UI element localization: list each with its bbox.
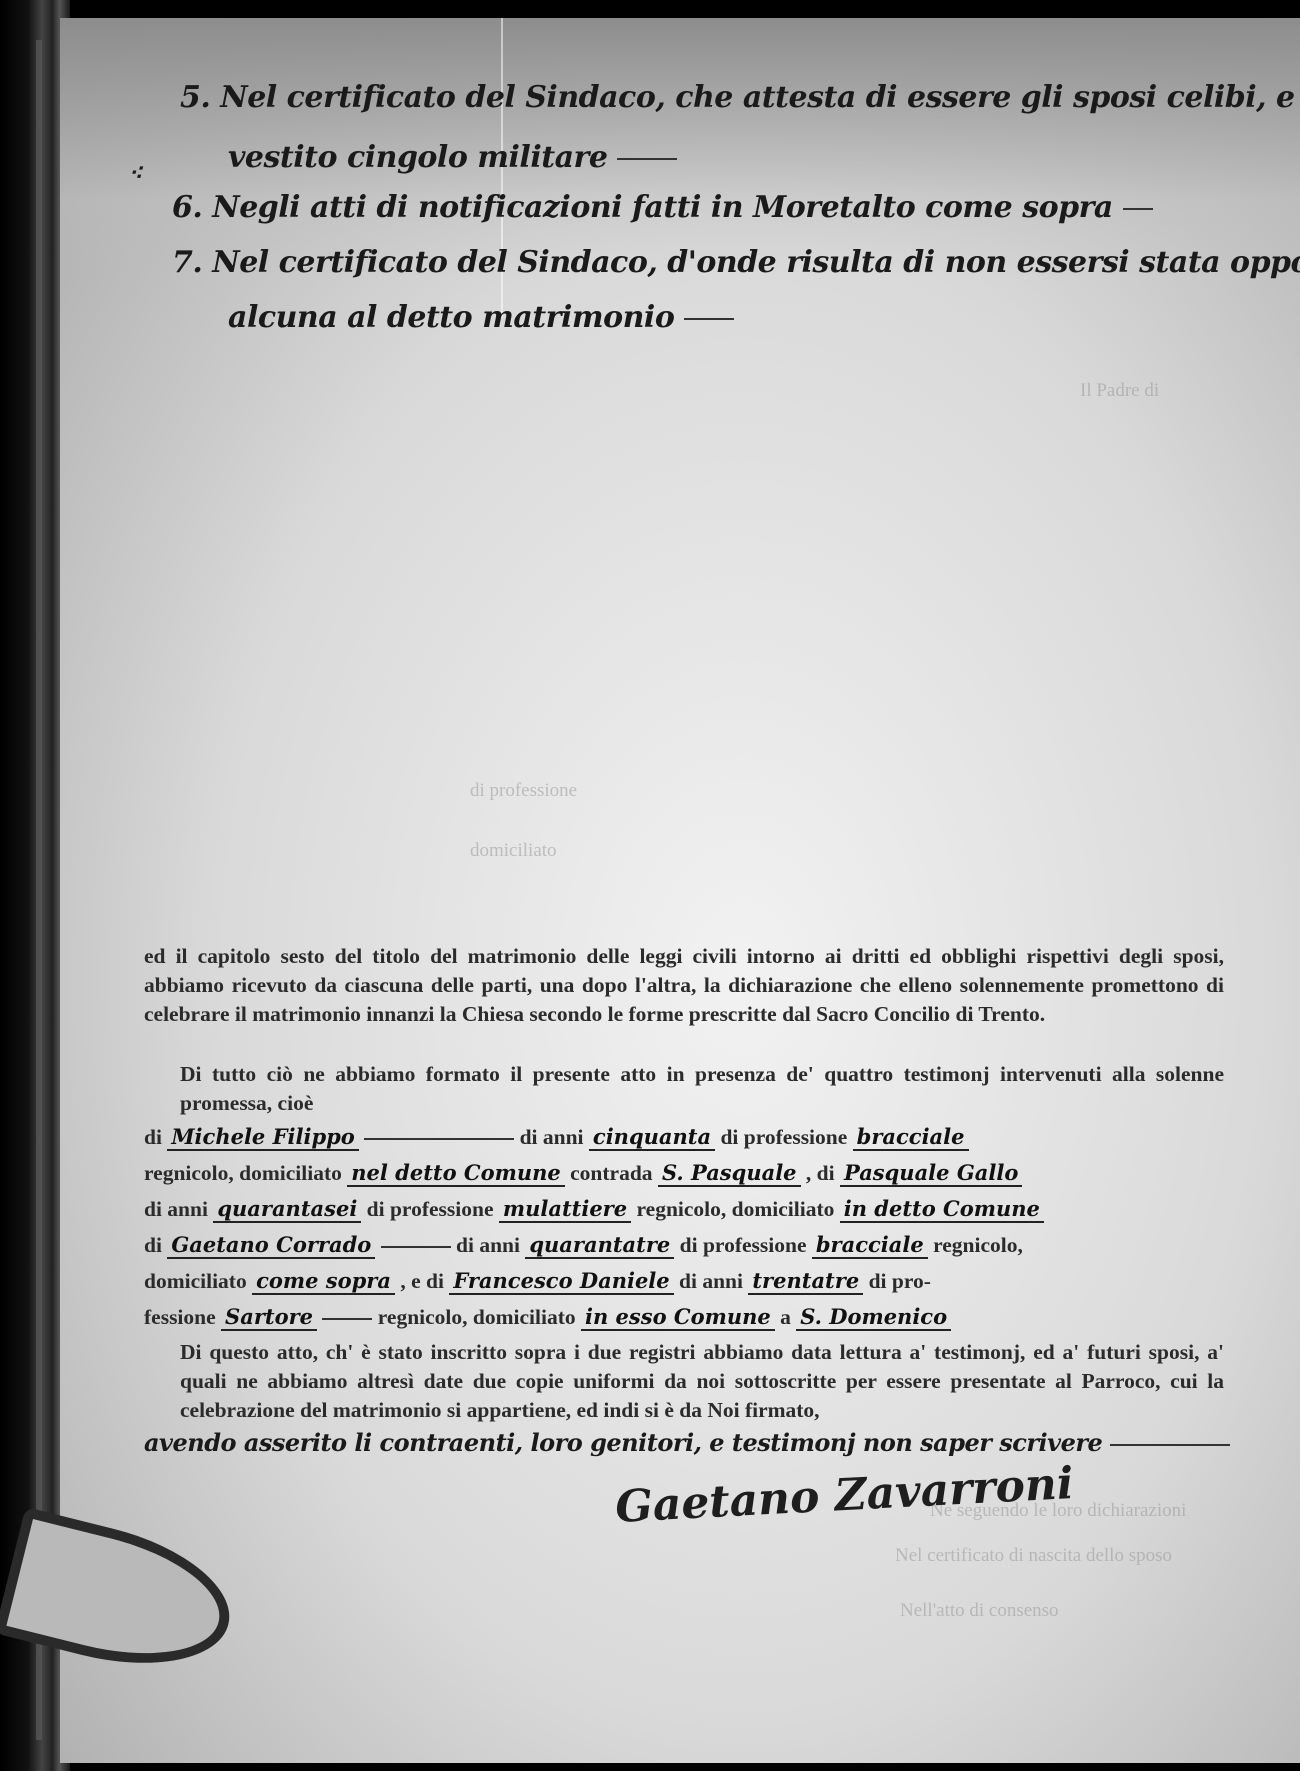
bleed-text: domiciliato [470,840,557,862]
witness-4-street: S. Domenico [796,1304,951,1331]
witness-line-2: regnicolo, domiciliato nel detto Comune … [144,1158,1224,1188]
bleed-text: Il Padre di [1080,380,1159,402]
printed-paragraph-obligations: ed il capitolo sesto del titolo del matr… [144,942,1224,1029]
bleed-text: di professione [470,780,577,802]
note-5: 5. Nel certificato del Sindaco, che atte… [180,80,1300,115]
witness-1-street: S. Pasquale [658,1160,801,1187]
note-5-continuation: vestito cingolo militare [228,140,677,175]
witness-line-6: fessione Sartore regnicolo, domiciliato … [144,1302,1224,1332]
witness-1-name: Michele Filippo [167,1124,359,1151]
witness-line-3: di anni quarantasei di professione mulat… [144,1194,1224,1224]
witness-line-1: di Michele Filippo di anni cinquanta di … [144,1122,1224,1152]
note-6: 6. Negli atti di notificazioni fatti in … [172,190,1153,225]
witness-3-profession: bracciale [812,1232,928,1259]
witness-line-4: di Gaetano Corrado di anni quarantatre d… [144,1230,1224,1260]
witness-4-name: Francesco Daniele [449,1268,673,1295]
witness-4-age: trentatre [748,1268,863,1295]
witness-3-name: Gaetano Corrado [167,1232,375,1259]
witness-3-domicile: come sopra [252,1268,395,1295]
margin-cross-mark: ⁖ [128,158,142,187]
witness-1-age: cinquanta [589,1124,715,1151]
witness-3-age: quarantatre [525,1232,674,1259]
note-7: 7. Nel certificato del Sindaco, d'onde r… [172,245,1300,280]
witness-1-domicile: nel detto Comune [347,1160,565,1187]
witness-2-profession: mulattiere [499,1196,631,1223]
printed-paragraph-witnesses-intro: Di tutto ciò ne abbiamo formato il prese… [144,1060,1224,1118]
binding-fold-line [36,40,42,1740]
witness-line-5: domiciliato come sopra , e di Francesco … [144,1266,1224,1296]
closing-handwritten-note: avendo asserito li contraenti, loro geni… [144,1428,1230,1457]
witness-4-profession: Sartore [221,1304,317,1331]
bleed-text: Nell'atto di consenso [900,1600,1059,1622]
witness-4-domicile: in esso Comune [581,1304,775,1331]
witness-2-age: quarantasei [213,1196,361,1223]
printed-paragraph-closing: Di questo atto, ch' è stato inscritto so… [144,1338,1224,1425]
bleed-text: Nel certificato di nascita dello sposo [895,1545,1172,1567]
witness-2-name: Pasquale Gallo [840,1160,1022,1187]
witness-1-profession: bracciale [853,1124,969,1151]
witness-2-domicile: in detto Comune [840,1196,1044,1223]
note-7-continuation: alcuna al detto matrimonio [228,300,734,335]
